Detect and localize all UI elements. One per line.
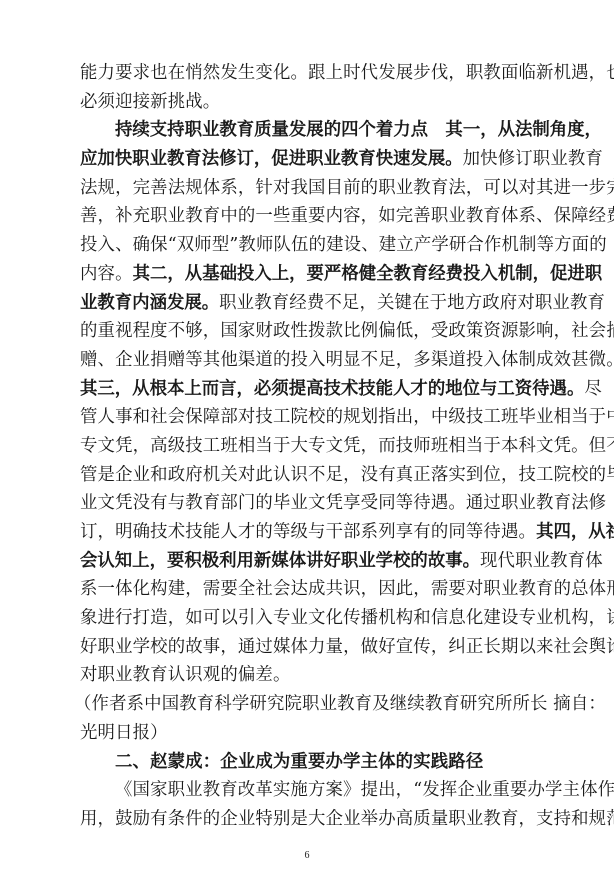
body-line: 法规，完善法规体系，针对我国目前的职业教育法，可以对其进一步完: [80, 174, 552, 203]
body-line: 能力要求也在悄然发生变化。跟上时代发展步伐，职教面临新机遇，也: [80, 59, 552, 88]
text-run: 赠、企业捐赠等其他渠道的投入明显不足，多渠道投入体制成效甚微。: [80, 350, 614, 370]
bold-text-run: 其三，从根本上而言，必须提高技术技能人才的地位与工资待遇。: [80, 379, 584, 399]
body-line: 象进行打造，如可以引入专业文化传播机构和信息化建设专业机构，讲: [80, 604, 552, 633]
text-run: 现代职业教育体: [480, 551, 603, 571]
body-line: 应加快职业教育法修订，促进职业教育快速发展。加快修订职业教育: [80, 145, 552, 174]
body-line: 内容。其二，从基础投入上，要严格健全教育经费投入机制，促进职: [80, 260, 552, 289]
text-run: 象进行打造，如可以引入专业文化传播机构和信息化建设专业机构，讲: [80, 608, 614, 628]
body-line: 善，补充职业教育中的一些重要内容，如完善职业教育体系、保障经费: [80, 202, 552, 231]
body-line: 对职业教育认识观的偏差。: [80, 661, 552, 690]
text-run: 能力要求也在悄然发生变化。跟上时代发展步伐，职教面临新机遇，也: [80, 63, 614, 83]
text-run: 订，明确技术技能人才的等级与干部系列享有的同等待遇。: [80, 522, 536, 542]
body-line: 用，鼓励有条件的企业特别是大企业举办高质量职业教育，支持和规范: [80, 805, 552, 834]
text-run: 投入、确保“双师型”教师队伍的建设、建立产学研合作机制等方面的: [80, 235, 607, 255]
bold-text-run: 业教育内涵发展。: [80, 293, 219, 313]
body-line: 管是企业和政府机关对此认识不足，没有真正落实到位，技工院校的毕: [80, 461, 552, 490]
body-line: 会认知上，要积极利用新媒体讲好职业学校的故事。现代职业教育体: [80, 547, 552, 576]
text-run: 法规，完善法规体系，针对我国目前的职业教育法，可以对其进一步完: [80, 178, 614, 198]
bold-text-run: 持续支持职业教育质量发展的四个着力点 其一，从法制角度，: [115, 120, 602, 140]
bold-text-run: 会认知上，要积极利用新媒体讲好职业学校的故事。: [80, 551, 480, 571]
text-run: 对职业教育认识观的偏差。: [80, 665, 291, 685]
attribution-line: （作者系中国教育科学研究院职业教育及继续教育研究所所长 摘自：: [74, 690, 552, 719]
attribution-text: 光明日报）: [80, 723, 168, 743]
text-run: 用，鼓励有条件的企业特别是大企业举办高质量职业教育，支持和规范: [80, 809, 614, 829]
text-run: 管是企业和政府机关对此认识不足，没有真正落实到位，技工院校的毕: [80, 465, 614, 485]
body-line: 好职业学校的故事，通过媒体力量，做好宣传，纠正长期以来社会舆论: [80, 633, 552, 662]
body-line: 《国家职业教育改革实施方案》提出，“发挥企业重要办学主体作: [80, 776, 552, 805]
text-run: 管人事和社会保障部对技工院校的规划指出，中级技工班毕业相当于中: [80, 407, 614, 427]
text-run: 系一体化构建，需要全社会达成共识，因此，需要对职业教育的总体形: [80, 579, 614, 599]
text-run: 《国家职业教育改革实施方案》提出，“发挥企业重要办学主体作: [115, 780, 614, 800]
body-line: 管人事和社会保障部对技工院校的规划指出，中级技工班毕业相当于中: [80, 403, 552, 432]
text-run: 专文凭，高级技工班相当于大专文凭，而技师班相当于本科文凭。但不: [80, 436, 614, 456]
attribution-text: （作者系中国教育科学研究院职业教育及继续教育研究所所长 摘自：: [74, 694, 606, 714]
text-run: 内容。: [80, 264, 133, 284]
body-line: 业教育内涵发展。职业教育经费不足，关键在于地方政府对职业教育: [80, 289, 552, 318]
text-run: 善，补充职业教育中的一些重要内容，如完善职业教育体系、保障经费: [80, 206, 614, 226]
section-heading-text: 二、赵蒙成：企业成为重要办学主体的实践路径: [115, 752, 483, 772]
attribution-line: 光明日报）: [80, 719, 552, 748]
body-line: 专文凭，高级技工班相当于大专文凭，而技师班相当于本科文凭。但不: [80, 432, 552, 461]
section-lead-line: 持续支持职业教育质量发展的四个着力点 其一，从法制角度，: [80, 116, 552, 145]
body-line: 必须迎接新挑战。: [80, 88, 552, 117]
body-line: 系一体化构建，需要全社会达成共识，因此，需要对职业教育的总体形: [80, 575, 552, 604]
text-run: 加快修订职业教育: [463, 149, 603, 169]
bold-text-run: 其二，从基础投入上，要严格健全教育经费投入机制，促进职: [133, 264, 603, 284]
bold-text-run: 应加快职业教育法修订，促进职业教育快速发展。: [80, 149, 463, 169]
text-run: 好职业学校的故事，通过媒体力量，做好宣传，纠正长期以来社会舆论: [80, 637, 614, 657]
text-run: 业文凭没有与教育部门的毕业文凭享受同等待遇。通过职业教育法修: [80, 493, 606, 513]
text-run: 职业教育经费不足，关键在于地方政府对职业教育: [219, 293, 605, 313]
body-line: 业文凭没有与教育部门的毕业文凭享受同等待遇。通过职业教育法修: [80, 489, 552, 518]
document-page: 能力要求也在悄然发生变化。跟上时代发展步伐，职教面临新机遇，也 必须迎接新挑战。…: [80, 59, 552, 834]
body-line: 的重视程度不够，国家财政性拨款比例偏低，受政策资源影响，社会捐: [80, 317, 552, 346]
text-run: 必须迎接新挑战。: [80, 92, 220, 112]
body-line: 订，明确技术技能人才的等级与干部系列享有的同等待遇。其四，从社: [80, 518, 552, 547]
bold-text-run: 其四，从社: [536, 522, 614, 542]
section-heading: 二、赵蒙成：企业成为重要办学主体的实践路径: [80, 748, 552, 777]
body-line: 其三，从根本上而言，必须提高技术技能人才的地位与工资待遇。尽: [80, 375, 552, 404]
text-run: 的重视程度不够，国家财政性拨款比例偏低，受政策资源影响，社会捐: [80, 321, 614, 341]
text-run: 尽: [584, 379, 602, 399]
body-line: 投入、确保“双师型”教师队伍的建设、建立产学研合作机制等方面的: [80, 231, 552, 260]
body-line: 赠、企业捐赠等其他渠道的投入明显不足，多渠道投入体制成效甚微。: [80, 346, 552, 375]
page-number: 6: [0, 850, 614, 861]
